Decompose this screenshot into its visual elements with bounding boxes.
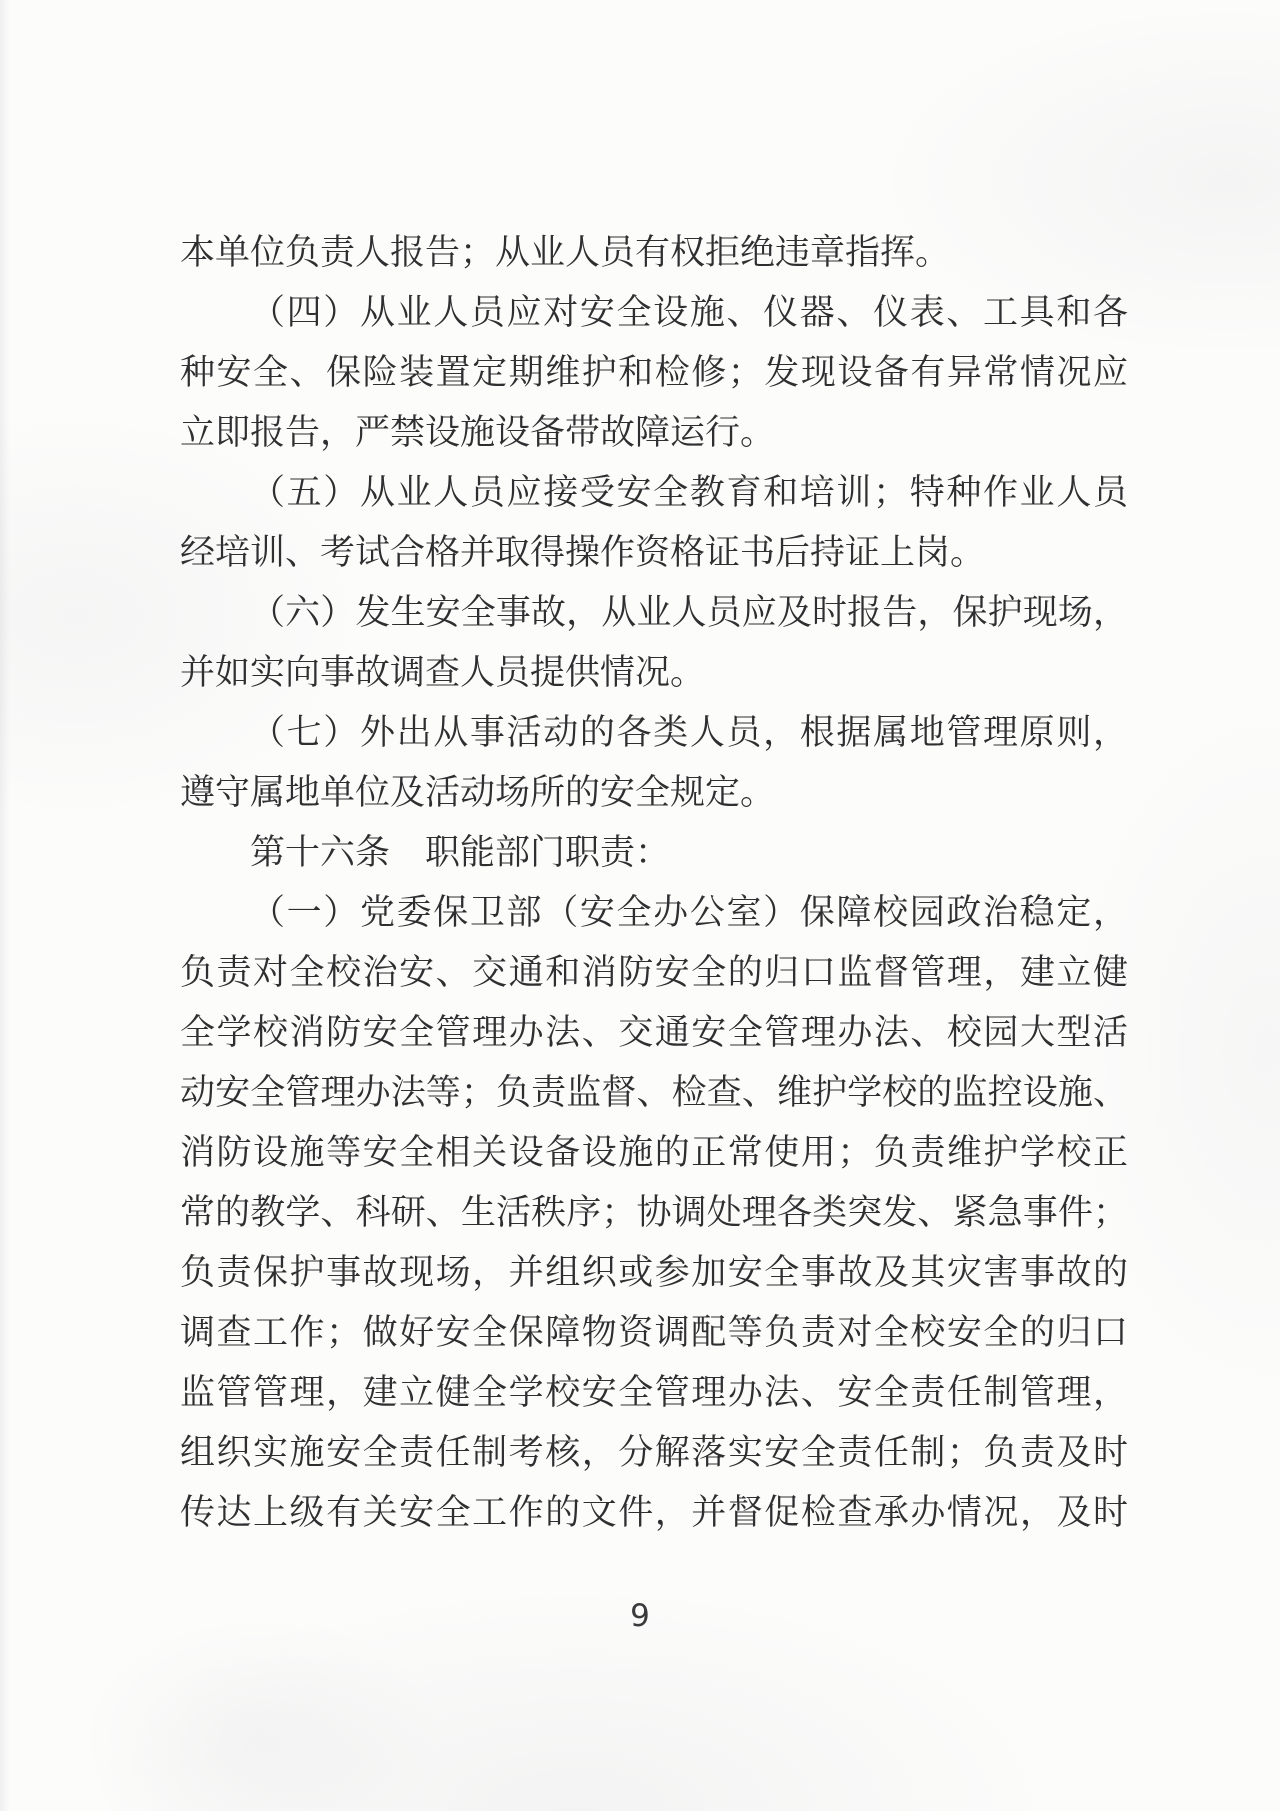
text-line: （七）外出从事活动的各类人员，根据属地管理原则， xyxy=(180,703,1128,763)
article-heading-line: 第十六条 职能部门职责： xyxy=(180,823,1128,883)
text-line: 动安全管理办法等；负责监督、检查、维护学校的监控设施、 xyxy=(180,1063,1128,1123)
text-line: 负责保护事故现场，并组织或参加安全事故及其灾害事故的 xyxy=(180,1243,1128,1303)
text-line: 调查工作；做好安全保障物资调配等负责对全校安全的归口 xyxy=(180,1303,1128,1363)
text-line: （一）党委保卫部（安全办公室）保障校园政治稳定， xyxy=(180,883,1128,943)
text-line: 本单位负责人报告；从业人员有权拒绝违章指挥。 xyxy=(180,223,1128,283)
text-line: 种安全、保险装置定期维护和检修；发现设备有异常情况应 xyxy=(180,343,1128,403)
text-line: 遵守属地单位及活动场所的安全规定。 xyxy=(180,763,1128,823)
text-line: 全学校消防安全管理办法、交通安全管理办法、校园大型活 xyxy=(180,1003,1128,1063)
text-line: 组织实施安全责任制考核，分解落实安全责任制；负责及时 xyxy=(180,1423,1128,1483)
text-line: 经培训、考试合格并取得操作资格证书后持证上岗。 xyxy=(180,523,1128,583)
page-number: 9 xyxy=(0,1596,1280,1636)
scanned-document-page: 本单位负责人报告；从业人员有权拒绝违章指挥。 （四）从业人员应对安全设施、仪器、… xyxy=(0,0,1280,1811)
text-line: （六）发生安全事故，从业人员应及时报告，保护现场， xyxy=(180,583,1128,643)
text-line: 负责对全校治安、交通和消防安全的归口监督管理，建立健 xyxy=(180,943,1128,1003)
text-line: 立即报告，严禁设施设备带故障运行。 xyxy=(180,403,1128,463)
text-line: （五）从业人员应接受安全教育和培训；特种作业人员 xyxy=(180,463,1128,523)
text-line: 传达上级有关安全工作的文件，并督促检查承办情况，及时 xyxy=(180,1483,1128,1543)
text-line: 监管管理，建立健全学校安全管理办法、安全责任制管理， xyxy=(180,1363,1128,1423)
text-line: 并如实向事故调查人员提供情况。 xyxy=(180,643,1128,703)
text-line: 常的教学、科研、生活秩序；协调处理各类突发、紧急事件； xyxy=(180,1183,1128,1243)
text-line: 消防设施等安全相关设备设施的正常使用；负责维护学校正 xyxy=(180,1123,1128,1183)
body-text-block: 本单位负责人报告；从业人员有权拒绝违章指挥。 （四）从业人员应对安全设施、仪器、… xyxy=(180,223,1128,1543)
text-line: （四）从业人员应对安全设施、仪器、仪表、工具和各 xyxy=(180,283,1128,343)
